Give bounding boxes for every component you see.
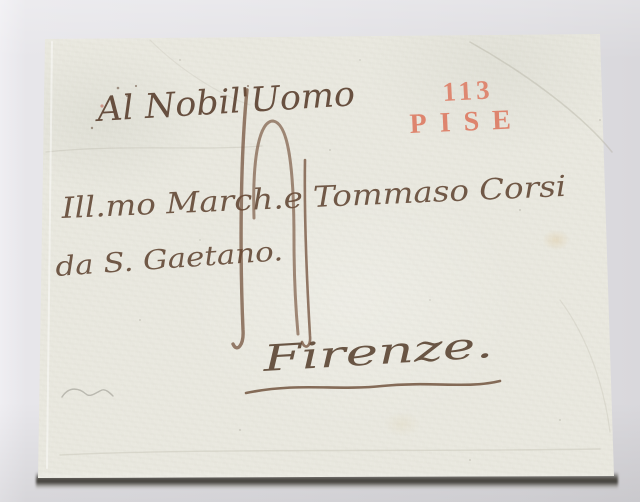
- quill-stroke-arch: [254, 121, 298, 334]
- pencil-squiggle: [62, 389, 113, 397]
- address-line-2-text: Ill.mo March.e Tommaso Corsi: [60, 169, 567, 225]
- postmark-number-text: 113: [442, 74, 495, 107]
- photo-background: 113 PISE Al Nobil'Uomo Ill.mo March.e To…: [0, 0, 640, 502]
- destination-text: Firenze.: [261, 325, 495, 380]
- quill-stroke-long: [233, 90, 247, 348]
- address-line-3-text: da S. Gaetano.: [54, 236, 284, 283]
- address-line-1-text: Al Nobil'Uomo: [93, 74, 356, 130]
- destination-underline-stroke: [246, 381, 500, 393]
- letter-markings-overlay: 113 PISE Al Nobil'Uomo Ill.mo March.e To…: [0, 0, 640, 502]
- postmark-town-text: PISE: [409, 104, 524, 140]
- quill-strokes: [233, 90, 310, 348]
